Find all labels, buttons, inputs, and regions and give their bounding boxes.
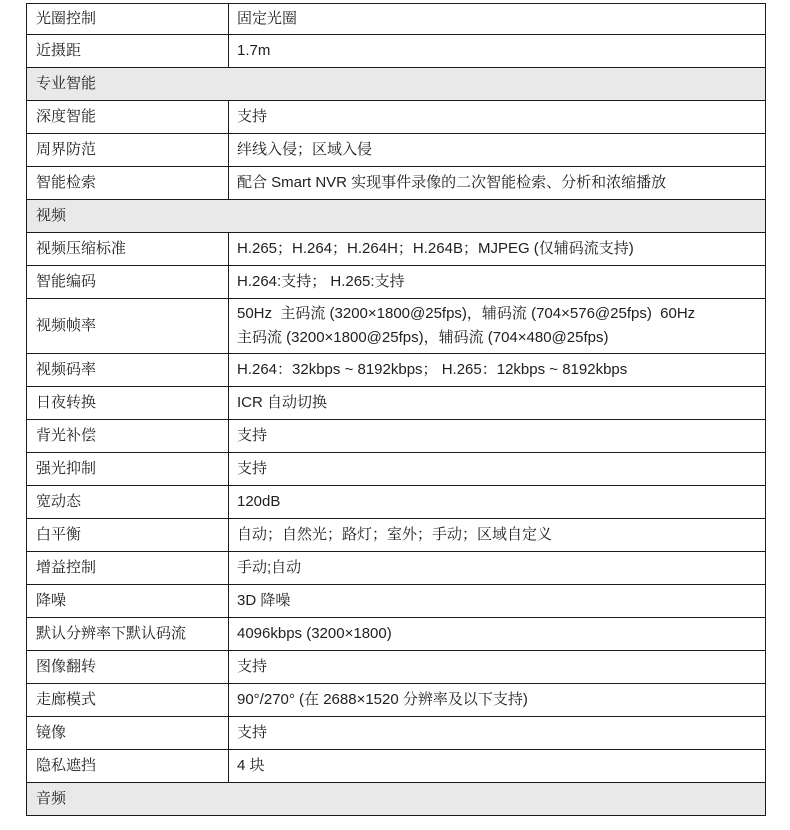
spec-label: 近摄距 [27, 35, 229, 67]
spec-value: 配合 Smart NVR 实现事件录像的二次智能检索、分析和浓缩播放 [229, 167, 765, 199]
spec-label: 宽动态 [27, 486, 229, 518]
spec-label: 走廊模式 [27, 684, 229, 716]
spec-value: 1.7m [229, 35, 765, 67]
spec-label: 光圈控制 [27, 4, 229, 34]
spec-row-default-bitrate: 默认分辨率下默认码流 4096kbps (3200×1800) [27, 618, 765, 651]
spec-row-wdr: 宽动态 120dB [27, 486, 765, 519]
spec-label: 视频码率 [27, 354, 229, 386]
spec-label: 视频压缩标准 [27, 233, 229, 265]
spec-row-deep-intelligence: 深度智能 支持 [27, 101, 765, 134]
spec-value: 4 块 [229, 750, 765, 782]
spec-row-privacy-mask: 隐私遮挡 4 块 [27, 750, 765, 783]
camera-spec-table: 光圈控制 固定光圈 近摄距 1.7m 专业智能 深度智能 支持 周界防范 绊线入… [26, 3, 766, 816]
spec-label: 镜像 [27, 717, 229, 749]
spec-label: 图像翻转 [27, 651, 229, 683]
spec-label: 深度智能 [27, 101, 229, 133]
spec-label: 隐私遮挡 [27, 750, 229, 782]
spec-value: 4096kbps (3200×1800) [229, 618, 765, 650]
spec-value: 50Hz 主码流 (3200×1800@25fps)，辅码流 (704×576@… [229, 299, 765, 353]
spec-value: ICR 自动切换 [229, 387, 765, 419]
spec-row-aperture-control: 光圈控制 固定光圈 [27, 4, 765, 35]
spec-value: 支持 [229, 453, 765, 485]
spec-row-day-night-switch: 日夜转换 ICR 自动切换 [27, 387, 765, 420]
spec-label: 强光抑制 [27, 453, 229, 485]
spec-label: 默认分辨率下默认码流 [27, 618, 229, 650]
spec-row-highlight-suppression: 强光抑制 支持 [27, 453, 765, 486]
spec-row-smart-search: 智能检索 配合 Smart NVR 实现事件录像的二次智能检索、分析和浓缩播放 [27, 167, 765, 200]
spec-label: 降噪 [27, 585, 229, 617]
spec-value: 固定光圈 [229, 4, 765, 34]
spec-value: 120dB [229, 486, 765, 518]
spec-row-corridor-mode: 走廊模式 90°/270° (在 2688×1520 分辨率及以下支持) [27, 684, 765, 717]
spec-value: 支持 [229, 651, 765, 683]
spec-row-video-bitrate: 视频码率 H.264：32kbps ~ 8192kbps； H.265：12kb… [27, 354, 765, 387]
spec-row-smart-encoding: 智能编码 H.264:支持； H.265:支持 [27, 266, 765, 299]
section-header-audio: 音频 [27, 783, 765, 816]
spec-row-video-compression: 视频压缩标准 H.265；H.264；H.264H；H.264B；MJPEG (… [27, 233, 765, 266]
spec-row-min-focus-distance: 近摄距 1.7m [27, 35, 765, 68]
spec-label: 视频帧率 [27, 299, 229, 353]
section-title: 专业智能 [27, 68, 765, 100]
section-title: 视频 [27, 200, 765, 232]
spec-label: 智能编码 [27, 266, 229, 298]
spec-row-image-flip: 图像翻转 支持 [27, 651, 765, 684]
spec-row-gain-control: 增益控制 手动;自动 [27, 552, 765, 585]
spec-row-mirror: 镜像 支持 [27, 717, 765, 750]
spec-value: 90°/270° (在 2688×1520 分辨率及以下支持) [229, 684, 765, 716]
section-header-pro-intelligence: 专业智能 [27, 68, 765, 101]
spec-value: H.265；H.264；H.264H；H.264B；MJPEG (仅辅码流支持) [229, 233, 765, 265]
spec-value: 绊线入侵；区域入侵 [229, 134, 765, 166]
section-title: 音频 [27, 783, 765, 815]
spec-value: 3D 降噪 [229, 585, 765, 617]
spec-label: 背光补偿 [27, 420, 229, 452]
spec-value: 自动；自然光；路灯；室外；手动；区域自定义 [229, 519, 765, 551]
spec-value: 支持 [229, 717, 765, 749]
spec-label: 日夜转换 [27, 387, 229, 419]
spec-label: 白平衡 [27, 519, 229, 551]
spec-row-video-frame-rate: 视频帧率 50Hz 主码流 (3200×1800@25fps)，辅码流 (704… [27, 299, 765, 354]
spec-value: H.264：32kbps ~ 8192kbps； H.265：12kbps ~ … [229, 354, 765, 386]
spec-label: 周界防范 [27, 134, 229, 166]
spec-value: 支持 [229, 101, 765, 133]
spec-value: 手动;自动 [229, 552, 765, 584]
spec-row-noise-reduction: 降噪 3D 降噪 [27, 585, 765, 618]
spec-value: H.264:支持； H.265:支持 [229, 266, 765, 298]
spec-label: 增益控制 [27, 552, 229, 584]
spec-value: 支持 [229, 420, 765, 452]
spec-row-perimeter-protection: 周界防范 绊线入侵；区域入侵 [27, 134, 765, 167]
spec-label: 智能检索 [27, 167, 229, 199]
spec-row-backlight-compensation: 背光补偿 支持 [27, 420, 765, 453]
spec-row-white-balance: 白平衡 自动；自然光；路灯；室外；手动；区域自定义 [27, 519, 765, 552]
section-header-video: 视频 [27, 200, 765, 233]
